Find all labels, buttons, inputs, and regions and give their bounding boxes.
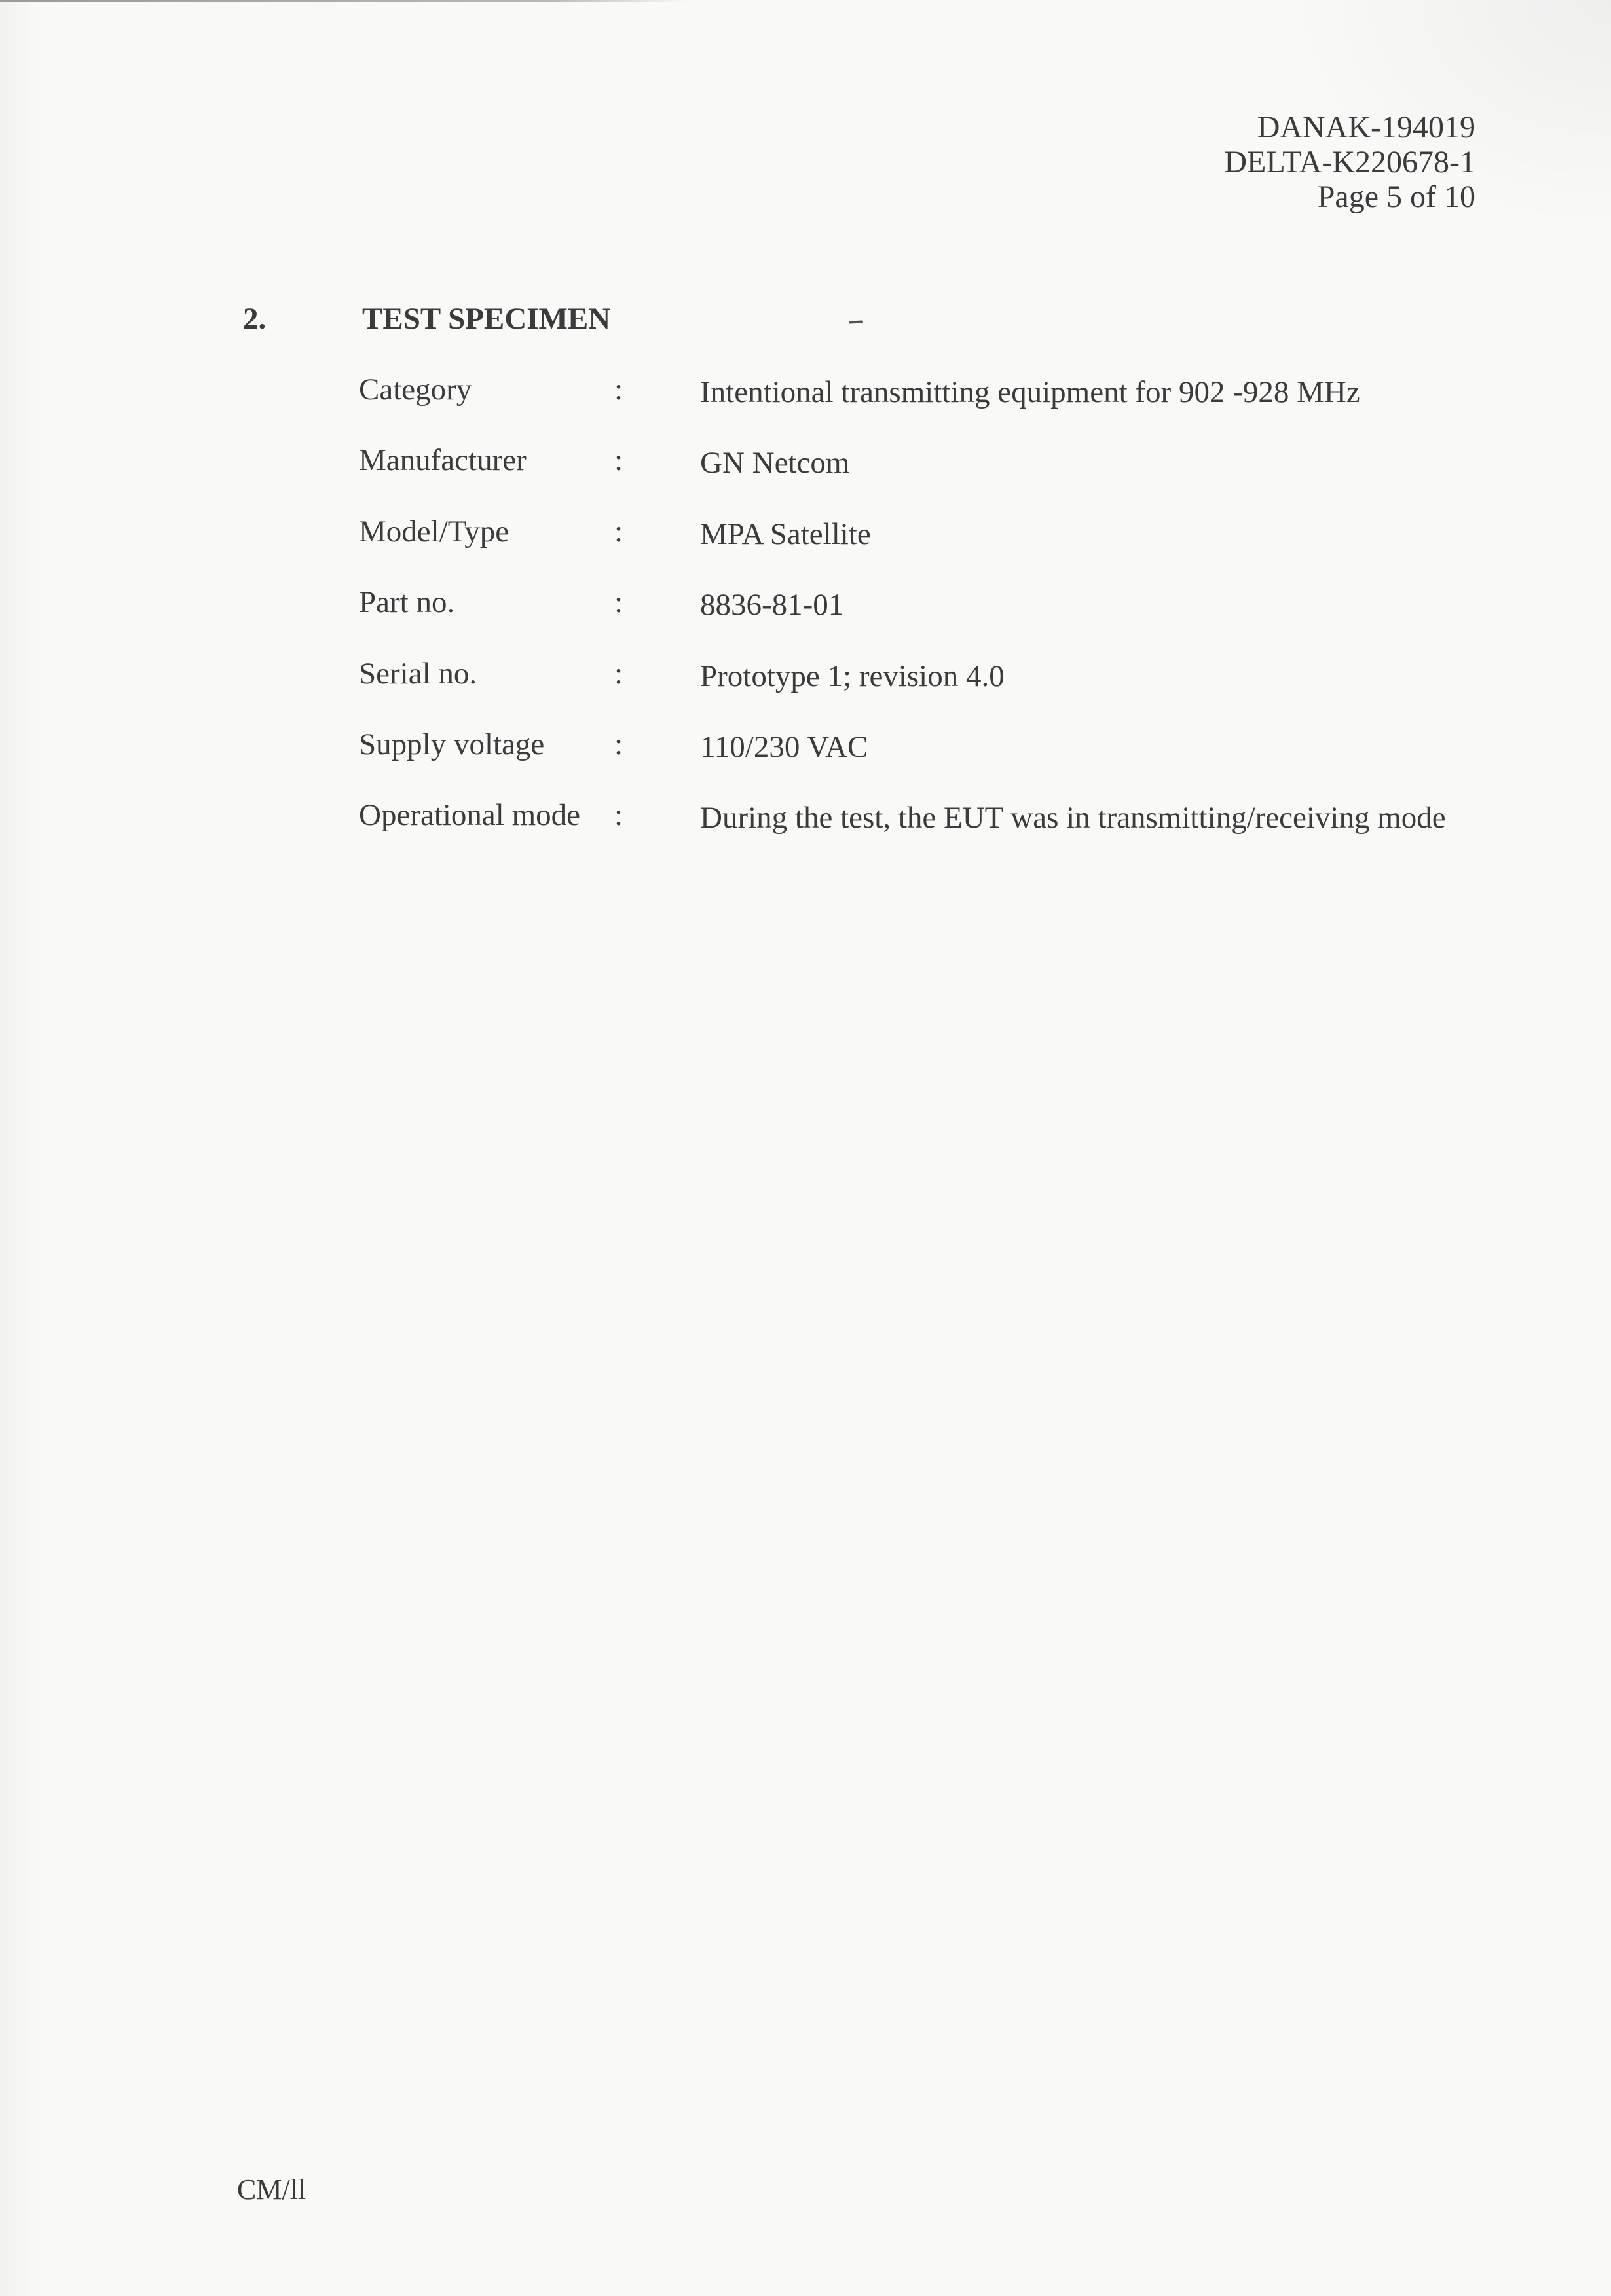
document-reference-header: DANAK-194019 DELTA-K220678-1 Page 5 of 1… [1224,110,1475,214]
spec-value: Prototype 1; revision 4.0 [700,660,1005,693]
spec-value: GN Netcom [700,446,849,479]
spec-value: 110/230 VAC [700,731,868,763]
spec-label: Operational mode [359,799,580,831]
scan-edge-line [0,0,688,2]
section-title: TEST SPECIMEN [362,302,610,335]
spec-separator: : [614,799,623,831]
section-number: 2. [243,302,266,335]
spec-separator: : [614,657,623,690]
spec-label: Serial no. [359,657,477,690]
spec-label: Model/Type [359,515,509,548]
accreditation-number: DANAK-194019 [1224,110,1475,145]
spec-separator: : [614,373,623,406]
specimen-table: Category : Intentional transmitting equi… [0,373,1611,870]
spec-row-model-type: Model/Type : MPA Satellite [0,515,1611,586]
spec-label: Part no. [359,586,454,619]
spec-separator: : [614,515,623,548]
spec-value: MPA Satellite [700,518,871,551]
stray-scan-mark [849,320,863,323]
spec-separator: : [614,728,623,761]
spec-row-operational-mode: Operational mode : During the test, the … [0,799,1611,869]
spec-row-manufacturer: Manufacturer : GN Netcom [0,444,1611,515]
scan-shading [0,0,1611,2296]
spec-separator: : [614,444,623,477]
spec-row-supply-voltage: Supply voltage : 110/230 VAC [0,728,1611,799]
spec-label: Manufacturer [359,444,527,477]
spec-row-serial-no: Serial no. : Prototype 1; revision 4.0 [0,657,1611,728]
spec-row-category: Category : Intentional transmitting equi… [0,373,1611,444]
spec-row-part-no: Part no. : 8836-81-01 [0,586,1611,657]
report-number: DELTA-K220678-1 [1224,145,1475,179]
spec-value: During the test, the EUT was in transmit… [700,801,1446,834]
page-number: Page 5 of 10 [1224,179,1475,214]
spec-label: Supply voltage [359,728,544,761]
spec-label: Category [359,373,472,406]
spec-separator: : [614,586,623,619]
spec-value: Intentional transmitting equipment for 9… [700,376,1360,409]
spec-value: 8836-81-01 [700,589,843,621]
author-initials: CM/ll [237,2175,306,2205]
